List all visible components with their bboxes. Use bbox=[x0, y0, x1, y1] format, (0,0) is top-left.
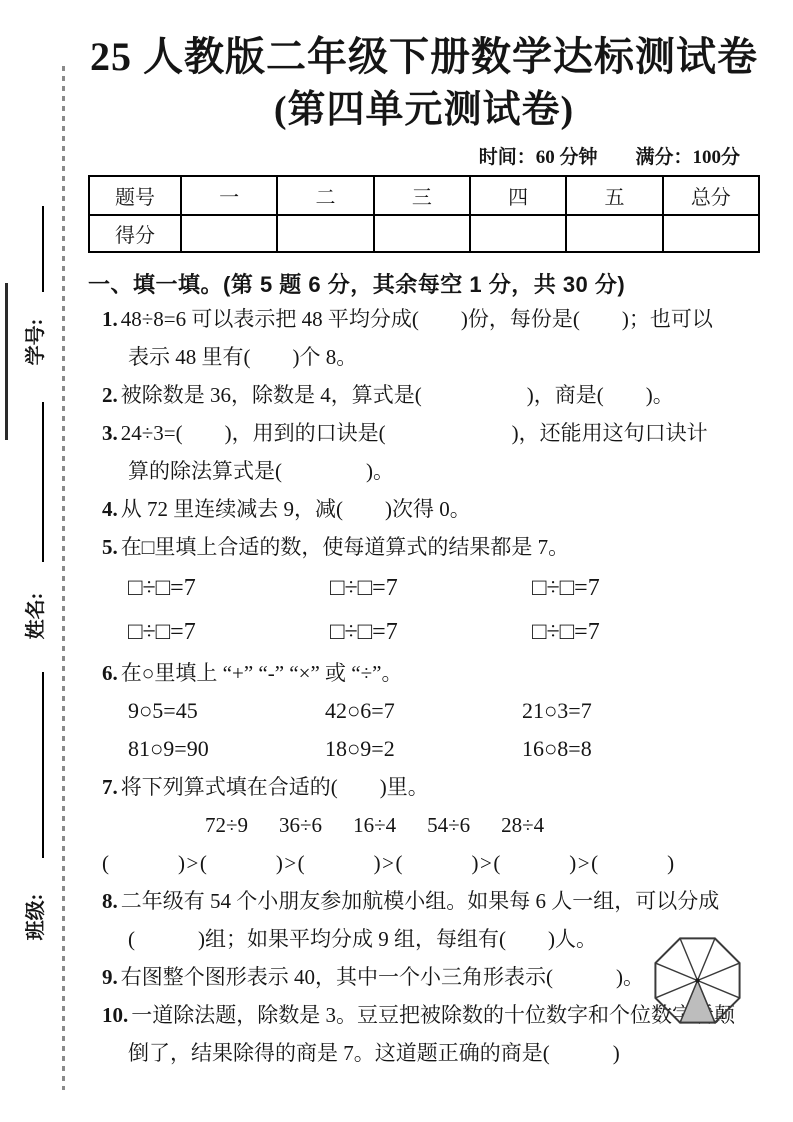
square-equation: □÷□=7 bbox=[128, 566, 330, 610]
question-3-line-1: 3.24÷3=( )，用到的口诀是( )，还能用这句口诀计 bbox=[88, 414, 760, 452]
octagon-figure-svg bbox=[648, 931, 747, 1030]
score-table-score-row: 得分 bbox=[89, 215, 759, 252]
question-1-line-2: 表示 48 里有( )个 8。 bbox=[88, 338, 760, 376]
question-8-text: 二年级有 54 个小朋友参加航模小组。如果每 6 人一组，可以分成 bbox=[121, 889, 720, 913]
question-4-number: 4. bbox=[102, 497, 121, 521]
question-3-number: 3. bbox=[102, 421, 121, 445]
student-id-writing-line bbox=[42, 206, 44, 292]
division-expression: 54÷6 bbox=[427, 806, 470, 844]
circle-equation: 42○6=7 bbox=[325, 692, 522, 730]
octagon-center-dot bbox=[695, 978, 699, 982]
circle-equation: 9○5=45 bbox=[128, 692, 325, 730]
question-10-line-2: 倒了，结果除得的商是 7。这道题正确的商是( ) bbox=[88, 1034, 760, 1072]
question-3-text: 24÷3=( )，用到的口诀是( )，还能用这句口诀计 bbox=[121, 421, 708, 445]
question-7-number: 7. bbox=[102, 775, 121, 799]
question-10-number: 10. bbox=[102, 1003, 131, 1027]
division-expression: 72÷9 bbox=[205, 806, 248, 844]
student-id-label: 学号: bbox=[24, 300, 48, 384]
name-writing-line bbox=[42, 402, 44, 562]
question-9-number: 9. bbox=[102, 965, 121, 989]
question-5-equations-row-2: □÷□=7□÷□=7□÷□=7 bbox=[88, 610, 760, 654]
score-blank-cell bbox=[181, 215, 277, 252]
test-paper-page: 学号: 姓名: 班级: 25 人教版二年级下册数学达标测试卷 (第四单元测试卷)… bbox=[0, 0, 793, 1122]
question-8-text: ( )组；如果平均分成 9 组，每组有( )人。 bbox=[128, 927, 597, 951]
class-writing-line bbox=[42, 672, 44, 858]
question-5-equations-row-1: □÷□=7□÷□=7□÷□=7 bbox=[88, 566, 760, 610]
question-6-number: 6. bbox=[102, 661, 121, 685]
question-1-text: 表示 48 里有( )个 8。 bbox=[128, 345, 357, 369]
score-table-header-cell: 四 bbox=[470, 176, 566, 215]
question-4-text: 从 72 里连续减去 9，减( )次得 0。 bbox=[121, 497, 471, 521]
score-table-header-cell: 二 bbox=[277, 176, 373, 215]
square-equation: □÷□=7 bbox=[532, 566, 734, 610]
question-5-line-1: 5.在□里填上合适的数，使每道算式的结果都是 7。 bbox=[88, 528, 760, 566]
fold-dashed-line bbox=[62, 66, 65, 1090]
question-8-line-1: 8.二年级有 54 个小朋友参加航模小组。如果每 6 人一组，可以分成 bbox=[88, 882, 760, 920]
score-blank-cell bbox=[663, 215, 759, 252]
score-table-header-cell: 一 bbox=[181, 176, 277, 215]
class-label: 班级: bbox=[24, 875, 48, 959]
square-equation: □÷□=7 bbox=[330, 566, 532, 610]
square-equation: □÷□=7 bbox=[330, 610, 532, 654]
score-blank-cell bbox=[566, 215, 662, 252]
question-3-text: 算的除法算式是( )。 bbox=[128, 459, 394, 483]
score-table-header-row: 题号 一 二 三 四 五 总分 bbox=[89, 176, 759, 215]
question-6-line-1: 6.在○里填上 “+” “-” “×” 或 “÷”。 bbox=[88, 654, 760, 692]
paper-content: 25 人教版二年级下册数学达标测试卷 (第四单元测试卷) 时间：60 分钟 满分… bbox=[88, 30, 760, 1072]
score-blank-cell bbox=[277, 215, 373, 252]
score-table-header-cell: 总分 bbox=[663, 176, 759, 215]
question-7-text: 将下列算式填在合适的( )里。 bbox=[121, 775, 429, 799]
circle-equation: 16○8=8 bbox=[522, 730, 719, 768]
circle-equation: 81○9=90 bbox=[128, 730, 325, 768]
circle-equation: 18○9=2 bbox=[325, 730, 522, 768]
question-1-text: 48÷8=6 可以表示把 48 平均分成( )份，每份是( )；也可以 bbox=[121, 307, 713, 331]
division-expression: 28÷4 bbox=[501, 806, 544, 844]
question-4-line-1: 4.从 72 里连续减去 9，减( )次得 0。 bbox=[88, 490, 760, 528]
exam-title: 25 人教版二年级下册数学达标测试卷 bbox=[88, 30, 760, 84]
score-blank-cell bbox=[374, 215, 470, 252]
section1-heading: 一、填一填。(第 5 题 6 分，其余每空 1 分，共 30 分) bbox=[88, 270, 760, 300]
question-5-text: 在□里填上合适的数，使每道算式的结果都是 7。 bbox=[121, 535, 569, 559]
page-edge-artifact bbox=[5, 283, 8, 440]
question-6-equations-row-1: 9○5=4542○6=721○3=7 bbox=[88, 692, 760, 730]
octagon-fraction-figure bbox=[648, 931, 747, 1030]
question-7-comparison-blanks: ( )>( )>( )>( )>( )>( ) bbox=[88, 844, 760, 882]
score-table-header-cell: 三 bbox=[374, 176, 470, 215]
score-table: 题号 一 二 三 四 五 总分 得分 bbox=[88, 175, 760, 253]
name-label: 姓名: bbox=[24, 574, 48, 658]
exam-subtitle: (第四单元测试卷) bbox=[88, 84, 760, 136]
question-9-text: 右图整个图形表示 40，其中一个小三角形表示( )。 bbox=[121, 965, 644, 989]
score-table-header-cell: 题号 bbox=[89, 176, 181, 215]
score-table-header-cell: 五 bbox=[566, 176, 662, 215]
division-expression: 36÷6 bbox=[279, 806, 322, 844]
question-2-number: 2. bbox=[102, 383, 121, 407]
question-1-line-1: 1.48÷8=6 可以表示把 48 平均分成( )份，每份是( )；也可以 bbox=[88, 300, 760, 338]
score-row-label-cell: 得分 bbox=[89, 215, 181, 252]
question-6-equations-row-2: 81○9=9018○9=216○8=8 bbox=[88, 730, 760, 768]
question-6-text: 在○里填上 “+” “-” “×” 或 “÷”。 bbox=[121, 661, 403, 685]
question-7-line-1: 7.将下列算式填在合适的( )里。 bbox=[88, 768, 760, 806]
question-5-number: 5. bbox=[102, 535, 121, 559]
question-10-text: 一道除法题，除数是 3。豆豆把被除数的十位数字和个位数字看颠 bbox=[131, 1003, 735, 1027]
circle-equation: 21○3=7 bbox=[522, 692, 719, 730]
square-equation: □÷□=7 bbox=[532, 610, 734, 654]
time-fullscore-line: 时间：60 分钟 满分：100分 bbox=[88, 146, 760, 170]
question-10-text: 倒了，结果除得的商是 7。这道题正确的商是( ) bbox=[128, 1041, 620, 1065]
question-2-line-1: 2.被除数是 36，除数是 4，算式是( )，商是( )。 bbox=[88, 376, 760, 414]
division-expression: 16÷4 bbox=[353, 806, 396, 844]
question-3-line-2: 算的除法算式是( )。 bbox=[88, 452, 760, 490]
square-equation: □÷□=7 bbox=[128, 610, 330, 654]
octagon-shaded-triangle bbox=[680, 981, 715, 1023]
question-8-number: 8. bbox=[102, 889, 121, 913]
question-1-number: 1. bbox=[102, 307, 121, 331]
score-blank-cell bbox=[470, 215, 566, 252]
question-7-expressions: 72÷9 36÷6 16÷4 54÷6 28÷4 bbox=[88, 806, 760, 844]
question-2-text: 被除数是 36，除数是 4，算式是( )，商是( )。 bbox=[121, 383, 674, 407]
